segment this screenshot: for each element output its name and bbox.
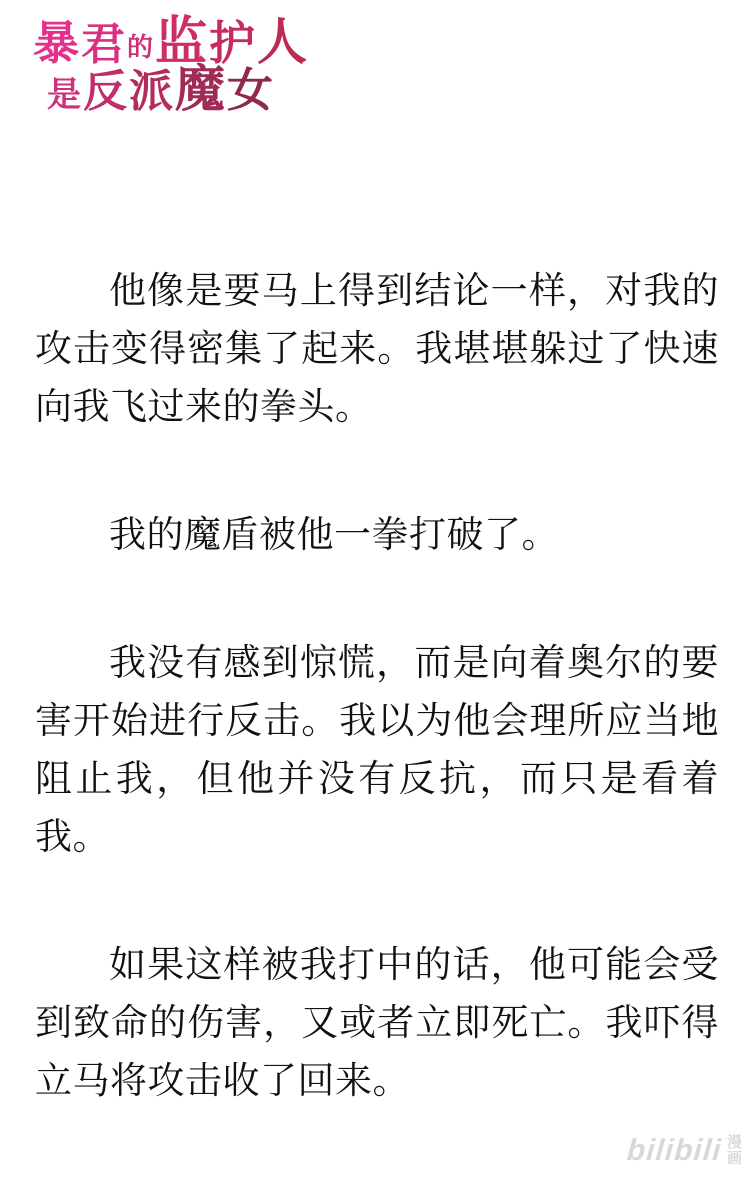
bilibili-manga-watermark: bilibili 漫 画	[627, 1134, 742, 1168]
series-logo-line-1: 暴君的监护人	[33, 16, 309, 68]
manga-label: 漫 画	[727, 1135, 742, 1167]
manga-label-bottom: 画	[727, 1151, 742, 1167]
paragraph-2: 我的魔盾被他一拳打破了。	[35, 506, 719, 564]
paragraph-3: 我没有感到惊慌，而是向着奥尔的要害开始进行反击。我以为他会理所应当地阻止我，但他…	[35, 634, 719, 866]
series-logo: 暴君的监护人 是反派魔女	[33, 16, 309, 114]
paragraph-1: 他像是要马上得到结论一样，对我的攻击变得密集了起来。我堪堪躲过了快速向我飞过来的…	[35, 262, 719, 436]
paragraph-4: 如果这样被我打中的话，他可能会受到致命的伤害，又或者立即死亡。我吓得立马将攻击收…	[35, 936, 719, 1110]
bilibili-logo-text: bilibili	[626, 1134, 723, 1168]
novel-reader-page: 暴君的监护人 是反派魔女 他像是要马上得到结论一样，对我的攻击变得密集了起来。我…	[0, 0, 754, 1192]
manga-label-top: 漫	[727, 1135, 742, 1151]
novel-text: 他像是要马上得到结论一样，对我的攻击变得密集了起来。我堪堪躲过了快速向我飞过来的…	[35, 262, 719, 1110]
series-logo-line-2: 是反派魔女	[47, 64, 309, 114]
